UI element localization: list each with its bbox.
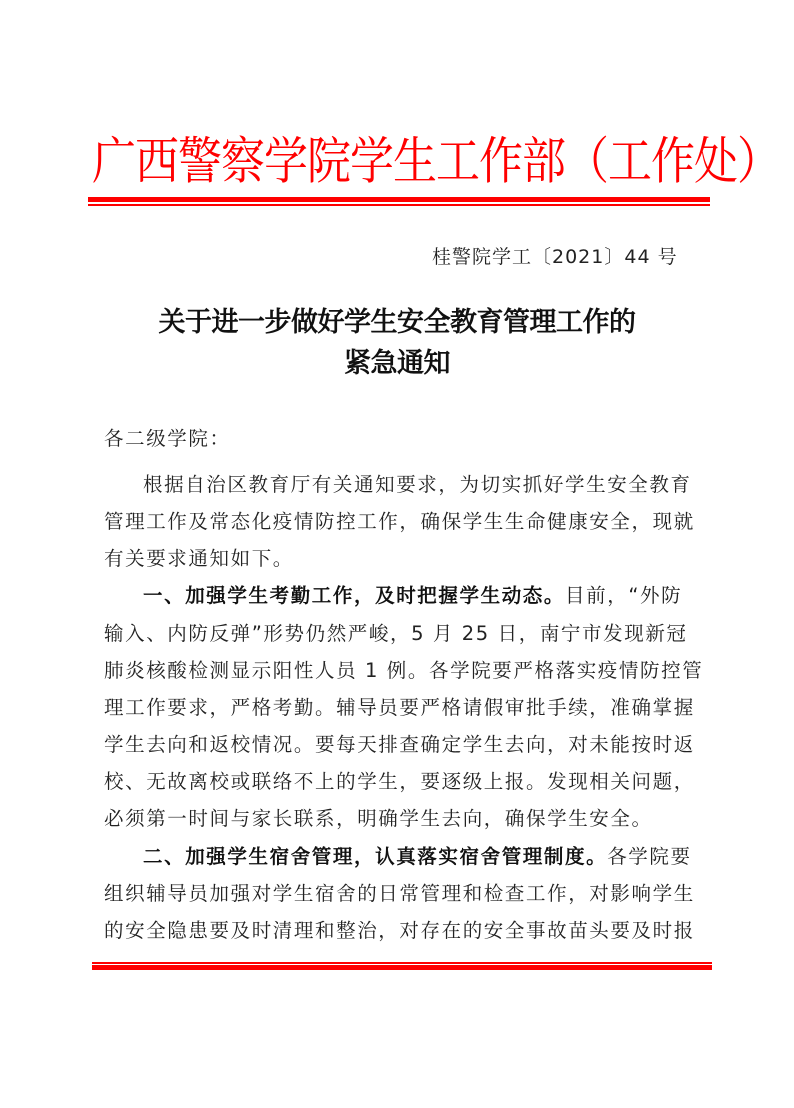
section2-lead: 各学院要 [607,845,691,868]
section2-heading: 二、加强学生宿舍管理，认真落实宿舍管理制度。 [143,845,607,868]
header-rule-thick [88,197,710,202]
header-rule-thin [88,204,710,206]
body-line: 校、无故离校或联络不上的学生，要逐级上报。发现相关问题， [104,768,695,796]
section1-first-line: 一、加强学生考勤工作，及时把握学生动态。目前，“外防 [143,582,682,610]
document-title-line1: 关于进一步做好学生安全教育管理工作的 [0,300,794,339]
org-header-title: 广西警察学院学生工作部（工作处） [92,128,712,197]
document-number: 桂警院学工〔2021〕44 号 [432,242,678,269]
body-line: 必须第一时间与家长联系，明确学生去向，确保学生安全。 [104,805,653,833]
footer-rule-thick [92,965,712,970]
footer-rule-thin [92,962,712,964]
body-line: 有关要求通知如下。 [104,545,294,573]
body-line: 理工作要求，严格考勤。辅导员要严格请假审批手续，准确掌握 [104,694,695,722]
section1-lead: 目前，“外防 [565,584,682,607]
salutation: 各二级学院： [104,425,231,453]
section1-heading: 一、加强学生考勤工作，及时把握学生动态。 [143,584,565,607]
body-line: 组织辅导员加强对学生宿舍的日常管理和检查工作，对影响学生 [104,880,695,908]
body-line: 根据自治区教育厅有关通知要求，为切实抓好学生安全教育 [143,471,692,499]
body-line: 学生去向和返校情况。要每天排查确定学生去向，对未能按时返 [104,731,695,759]
body-line: 输入、内防反弹”形势仍然严峻，5 月 25 日，南宁市发现新冠 [104,620,688,648]
body-line: 的安全隐患要及时清理和整治，对存在的安全事故苗头要及时报 [104,917,695,945]
document-title-line2: 紧急通知 [0,341,794,380]
body-line: 肺炎核酸检测显示阳性人员 1 例。各学院要严格落实疫情防控管 [104,657,703,685]
section2-first-line: 二、加强学生宿舍管理，认真落实宿舍管理制度。各学院要 [143,843,692,871]
body-line: 管理工作及常态化疫情防控工作，确保学生生命健康安全，现就 [104,508,695,536]
